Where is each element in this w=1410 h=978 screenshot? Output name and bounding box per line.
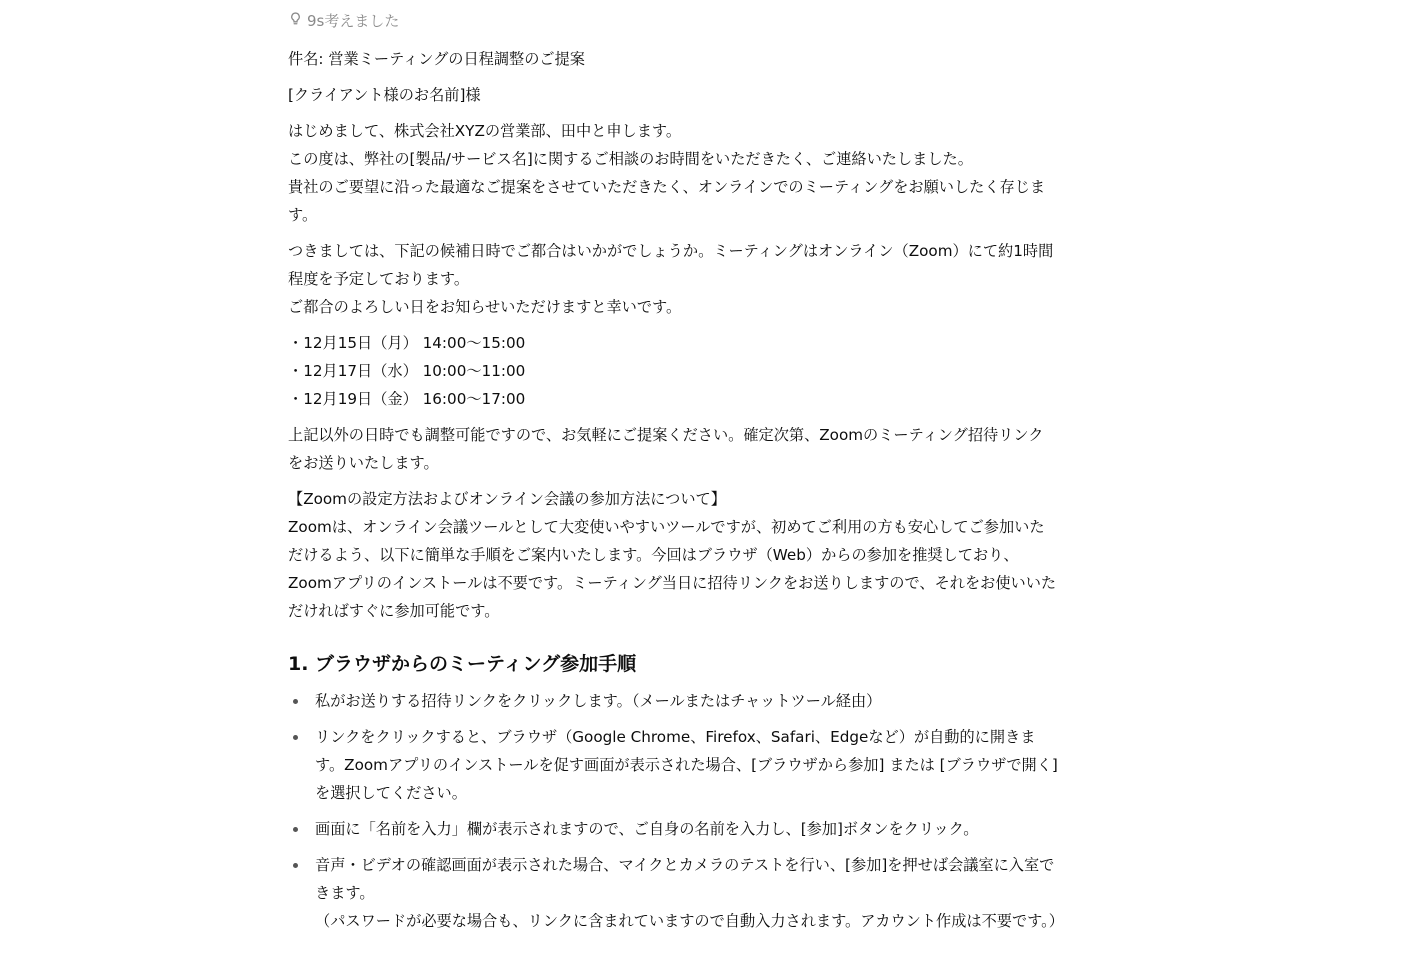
step-item: 画面に「名前を入力」欄が表示されますので、ご自身の名前を入力し、[参加]ボタンを… [288,815,1058,843]
step-item: リンクをクリックすると、ブラウザ（Google Chrome、Firefox、S… [288,723,1058,807]
thinking-label: 9s考えました [307,10,399,31]
email-subject: 件名: 営業ミーティングの日程調整のご提案 [288,45,1058,73]
bullet-icon [293,699,298,704]
candidate-date-3: ・12月19日（金） 16:00〜17:00 [288,385,1058,413]
intro-line-3: 貴社のご要望に沿った最適なご提案をさせていただきたく、オンラインでのミーティング… [288,173,1058,229]
bullet-icon [293,827,298,832]
bullet-icon [293,735,298,740]
intro-line-2: この度は、弊社の[製品/サービス名]に関するご相談のお時間をいただきたく、ご連絡… [288,145,1058,173]
intro-line-1: はじめまして、株式会社XYZの営業部、田中と申します。 [288,117,1058,145]
candidate-date-1: ・12月15日（月） 14:00〜15:00 [288,329,1058,357]
email-recipient: [クライアント様のお名前]様 [288,81,1058,109]
candidate-date-2: ・12月17日（水） 10:00〜11:00 [288,357,1058,385]
alternative-note: 上記以外の日時でも調整可能ですので、お気軽にご提案ください。確定次第、Zoomの… [288,421,1058,477]
schedule-intro-2: ご都合のよろしい日をお知らせいただけますと幸いです。 [288,293,1058,321]
lightbulb-icon [288,11,303,30]
zoom-intro: Zoomは、オンライン会議ツールとして大変使いやすいツールですが、初めてご利用の… [288,513,1058,625]
schedule-intro-1: つきましては、下記の候補日時でご都合はいかがでしょうか。ミーティングはオンライン… [288,237,1058,293]
thinking-toggle[interactable]: 9s考えました [288,9,399,31]
section-title: 1. ブラウザからのミーティング参加手順 [288,649,1058,679]
bullet-icon [293,863,298,868]
step-item: 音声・ビデオの確認画面が表示された場合、マイクとカメラのテストを行い、[参加]を… [288,851,1058,935]
step-item: 私がお送りする招待リンクをクリックします。（メールまたはチャットツール経由） [288,687,1058,715]
zoom-heading: 【Zoomの設定方法およびオンライン会議の参加方法について】 [288,485,1058,513]
